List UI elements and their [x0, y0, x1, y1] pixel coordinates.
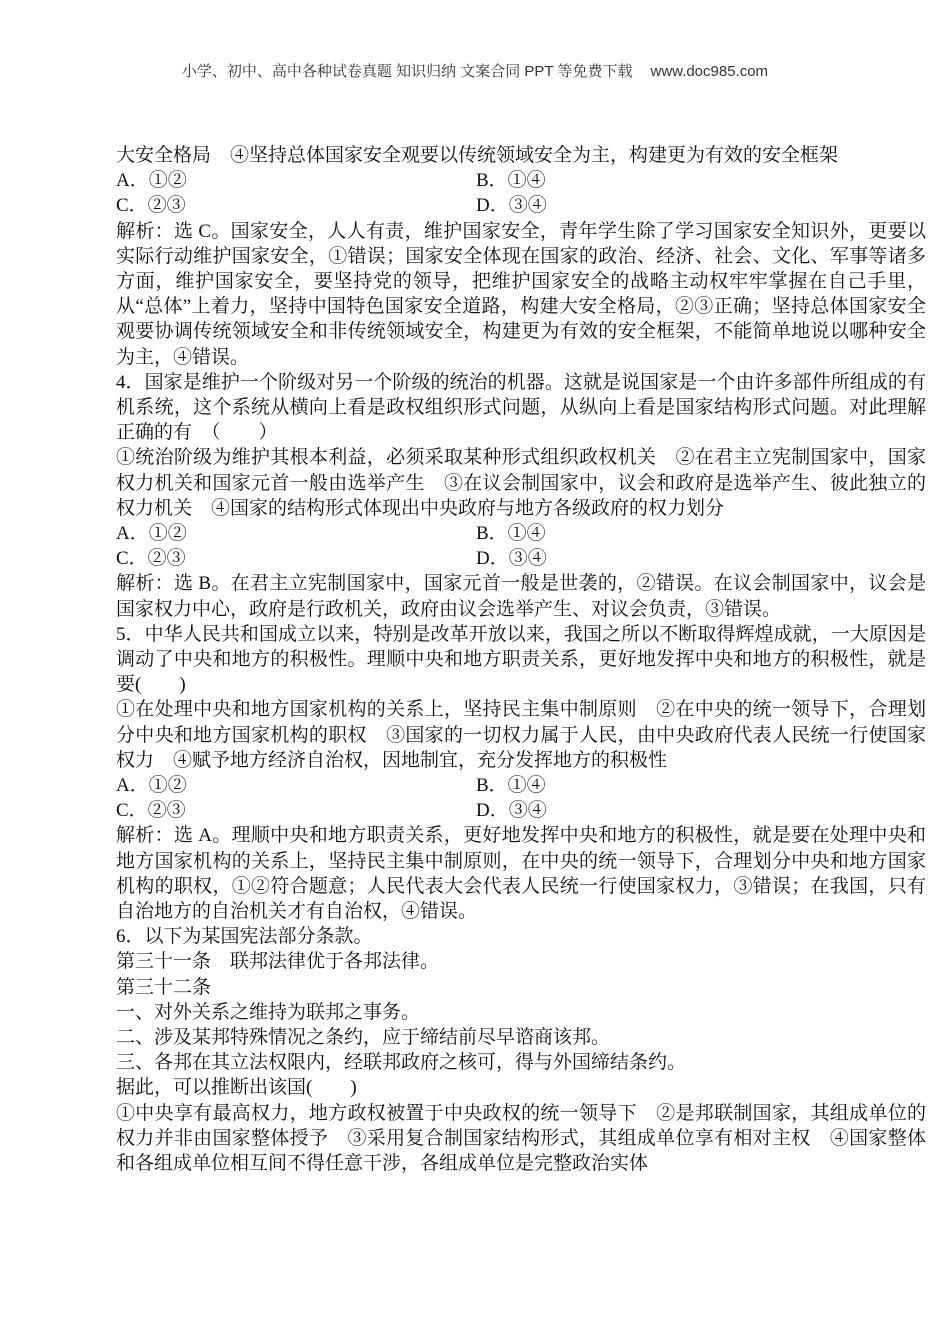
header-text: 小学、初中、高中各种试卷真题 知识归纳 文案合同 PPT 等免费下载 — [182, 63, 633, 80]
q6-article-32: 第三十二条 — [116, 975, 926, 1000]
answer-options-row: C．②③D．③④ — [116, 798, 926, 823]
option-b: B．①④ — [476, 168, 546, 193]
q6-question: 据此，可以推断出该国( ) — [116, 1075, 926, 1100]
option-b: B．①④ — [476, 773, 546, 798]
option-c: C．②③ — [116, 193, 186, 218]
answer-options-row: A．①②B．①④ — [116, 773, 926, 798]
document-page: 小学、初中、高中各种试卷真题 知识归纳 文案合同 PPT 等免费下载www.do… — [0, 0, 950, 1344]
q5-stem: 5．中华人民共和国成立以来，特别是改革开放以来，我国之所以不断取得辉煌成就，一大… — [116, 622, 926, 698]
option-d: D．③④ — [476, 193, 547, 218]
document-body: 大安全格局 ④坚持总体国家安全观要以传统领域安全为主，构建更为有效的安全框架A．… — [116, 143, 926, 1176]
q5-items: ①在处理中央和地方国家机构的关系上，坚持民主集中制原则 ②在中央的统一领导下，合… — [116, 697, 926, 773]
q6-article-32-item-1: 一、对外关系之维持为联邦之事务。 — [116, 1000, 926, 1025]
q6-article-32-item-3: 三、各邦在其立法权限内，经联邦政府之核可，得与外国缔结条约。 — [116, 1050, 926, 1075]
option-d: D．③④ — [476, 798, 547, 823]
option-b: B．①④ — [476, 521, 546, 546]
option-d: D．③④ — [476, 546, 547, 571]
answer-options-row: A．①②B．①④ — [116, 521, 926, 546]
answer-options-row: A．①②B．①④ — [116, 168, 926, 193]
option-a: A．①② — [116, 168, 187, 193]
option-c: C．②③ — [116, 546, 186, 571]
option-c: C．②③ — [116, 798, 186, 823]
answer-options-row: C．②③D．③④ — [116, 546, 926, 571]
q6-article-32-item-2: 二、涉及某邦特殊情况之条约，应于缔结前尽早谘商该邦。 — [116, 1025, 926, 1050]
option-a: A．①② — [116, 773, 187, 798]
q6-intro: 6．以下为某国宪法部分条款。 — [116, 924, 926, 949]
page-header: 小学、初中、高中各种试卷真题 知识归纳 文案合同 PPT 等免费下载www.do… — [0, 62, 950, 82]
q4-analysis: 解析：选 B。在君主立宪制国家中，国家元首一般是世袭的，②错误。在议会制国家中，… — [116, 571, 926, 621]
option-a: A．①② — [116, 521, 187, 546]
q4-stem: 4．国家是维护一个阶级对另一个阶级的统治的机器。这就是说国家是一个由许多部件所组… — [116, 370, 926, 446]
q4-items: ①统治阶级为维护其根本利益，必须采取某种形式组织政权机关 ②在君主立宪制国家中，… — [116, 445, 926, 521]
answer-options-row: C．②③D．③④ — [116, 193, 926, 218]
q5-analysis: 解析：选 A。理顺中央和地方职责关系，更好地发挥中央和地方的积极性，就是要在处理… — [116, 823, 926, 924]
q3-analysis: 解析：选 C。国家安全，人人有责，维护国家安全，青年学生除了学习国家安全知识外，… — [116, 219, 926, 370]
header-site-url: www.doc985.com — [651, 63, 769, 80]
q6-items: ①中央享有最高权力，地方政权被置于中央政权的统一领导下 ②是邦联制国家，其组成单… — [116, 1101, 926, 1177]
q3-stem-continuation: 大安全格局 ④坚持总体国家安全观要以传统领域安全为主，构建更为有效的安全框架 — [116, 143, 926, 168]
q6-article-31: 第三十一条 联邦法律优于各邦法律。 — [116, 949, 926, 974]
